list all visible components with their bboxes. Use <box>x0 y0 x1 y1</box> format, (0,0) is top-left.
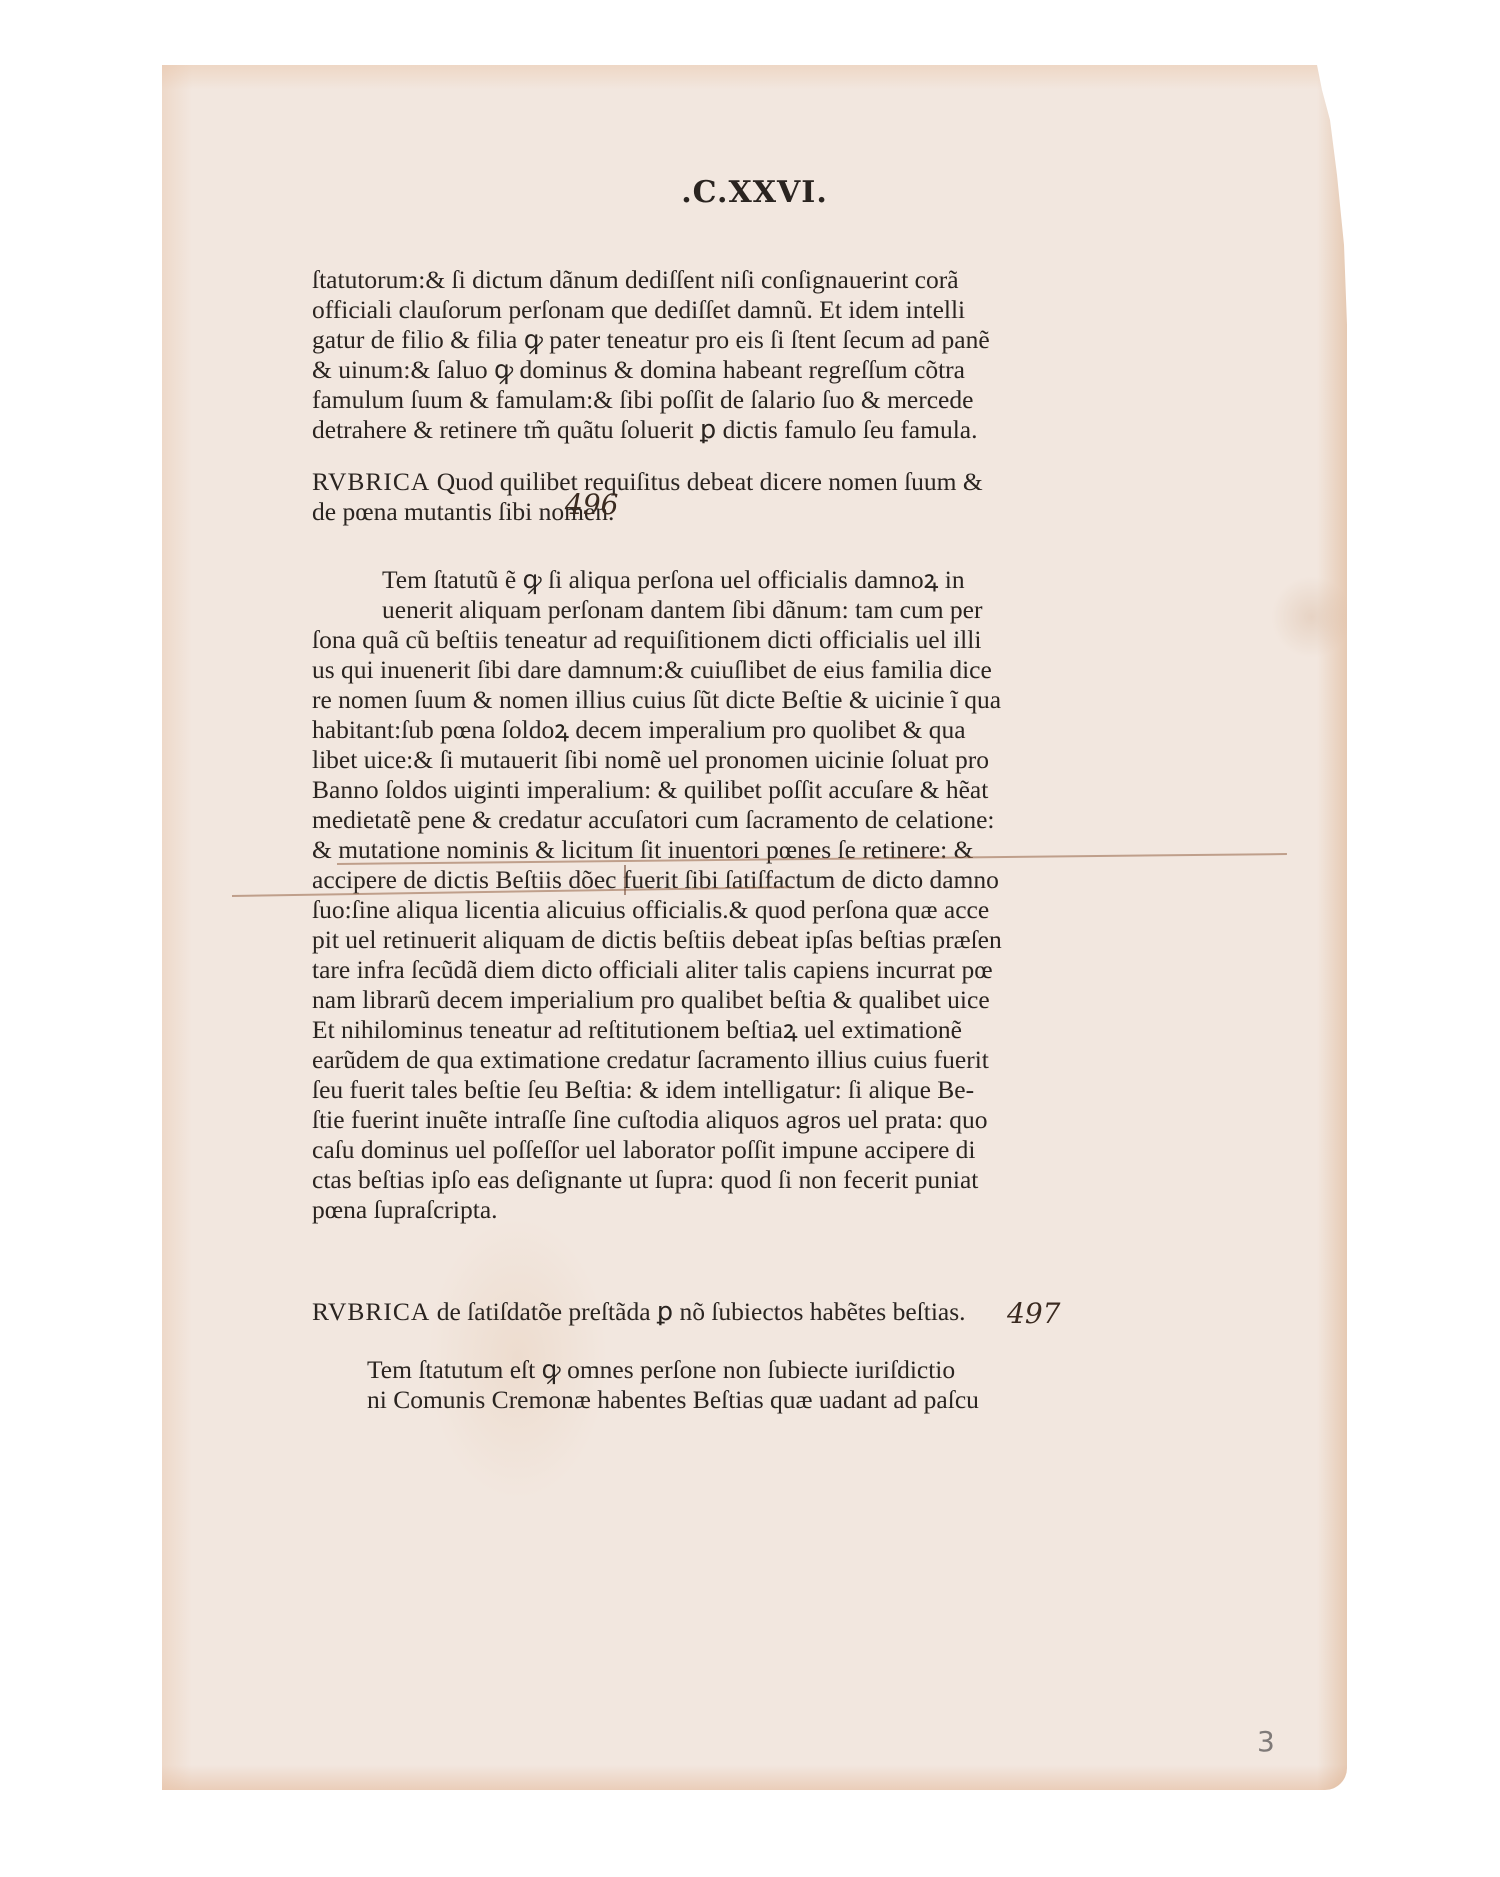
text-line: re nomen ſuum & nomen illius cuius ſũt d… <box>312 685 1077 715</box>
text-line: ſona quã cũ beſtiis teneatur ad requiſit… <box>312 625 1077 655</box>
handwritten-annotation-497: 497 <box>1007 1297 1060 1330</box>
rubric-heading-1: RVBRICA Quod quilibet requiſitus debeat … <box>312 467 1077 527</box>
text-line: Tem ſtatutum eſt ꝙ omnes perſone non ſub… <box>312 1355 1077 1385</box>
continuation-paragraph: ſtatutorum:& ſi dictum dãnum dediſſent n… <box>312 265 1077 445</box>
rubric-title: Quod quilibet requiſitus debeat dicere n… <box>430 467 982 496</box>
text-line: Et nihilominus teneatur ad reſtitutionem… <box>312 1015 1077 1045</box>
statute-paragraph-1: Tem ſtatutũ ẽ ꝙ ſi aliqua perſona uel of… <box>312 565 1077 1225</box>
text-line: pit uel retinuerit aliquam de dictis beſ… <box>312 925 1077 955</box>
rubric-title: de pœna mutantis ſibi nomen. <box>312 497 1077 527</box>
text-line: ſeu fuerit tales beſtie ſeu Beſtia: & id… <box>312 1075 1077 1105</box>
text-line: pœna ſupraſcripta. <box>312 1195 1077 1225</box>
handwritten-annotation-496: 496 <box>565 488 618 521</box>
manuscript-leaf: .C.XXVI. ſtatutorum:& ſi dictum dãnum de… <box>162 65 1347 1790</box>
ink-bracket-mark <box>624 865 626 895</box>
folio-number: .C.XXVI. <box>162 175 1347 210</box>
text-line: ſtatutorum:& ſi dictum dãnum dediſſent n… <box>312 265 1077 295</box>
text-line: us qui inuenerit ſibi dare damnum:& cuiu… <box>312 655 1077 685</box>
text-line: ſuo:ſine aliqua licentia alicuius offici… <box>312 895 1077 925</box>
rubric-heading-2: RVBRICA de ſatiſdatõe preſtãda ꝑ nõ ſubi… <box>312 1297 1112 1327</box>
text-line: famulum ſuum & famulam:& ſibi poſſit de … <box>312 385 1077 415</box>
pencil-page-number: 3 <box>1257 1725 1275 1758</box>
text-line: Tem ſtatutũ ẽ ꝙ ſi aliqua perſona uel of… <box>312 565 1077 595</box>
text-line: tare infra ſecũdã diem dicto officiali a… <box>312 955 1077 985</box>
rubric-title: de ſatiſdatõe preſtãda ꝑ nõ ſubiectos ha… <box>430 1297 965 1326</box>
text-line: libet uice:& ſi mutauerit ſibi nomẽ uel … <box>312 745 1077 775</box>
text-line: ctas beſtias ipſo eas deſignante ut ſupr… <box>312 1165 1077 1195</box>
text-line: habitant:ſub pœna ſoldoꝝ decem imperaliu… <box>312 715 1077 745</box>
text-line: medietatẽ pene & credatur accuſatori cum… <box>312 805 1077 835</box>
text-line: detrahere & retinere tm̃ quãtu ſoluerit … <box>312 415 1077 445</box>
text-line: nam librarũ decem imperialium pro qualib… <box>312 985 1077 1015</box>
text-line: ſtie fuerint inuẽte intraſſe ſine cuſtod… <box>312 1105 1077 1135</box>
text-line: ni Comunis Cremonæ habentes Beſtias quæ … <box>312 1385 1077 1415</box>
text-line: caſu dominus uel poſſeſſor uel laborator… <box>312 1135 1077 1165</box>
text-line: earũdem de qua extimatione credatur ſacr… <box>312 1045 1077 1075</box>
text-line: Banno ſoldos uiginti imperalium: & quili… <box>312 775 1077 805</box>
rubric-label: RVBRICA <box>312 1297 430 1326</box>
text-line: accipere de dictis Beſtiis dõec fuerit ſ… <box>312 865 1077 895</box>
text-line: officiali clauſorum perſonam que dediſſe… <box>312 295 1077 325</box>
text-line: & uinum:& ſaluo ꝙ dominus & domina habea… <box>312 355 1077 385</box>
statute-paragraph-2: Tem ſtatutum eſt ꝙ omnes perſone non ſub… <box>312 1355 1077 1415</box>
text-line: uenerit aliquam perſonam dantem ſibi dãn… <box>312 595 1077 625</box>
rubric-label: RVBRICA <box>312 467 430 496</box>
text-line: gatur de filio & filia ꝙ pater teneatur … <box>312 325 1077 355</box>
